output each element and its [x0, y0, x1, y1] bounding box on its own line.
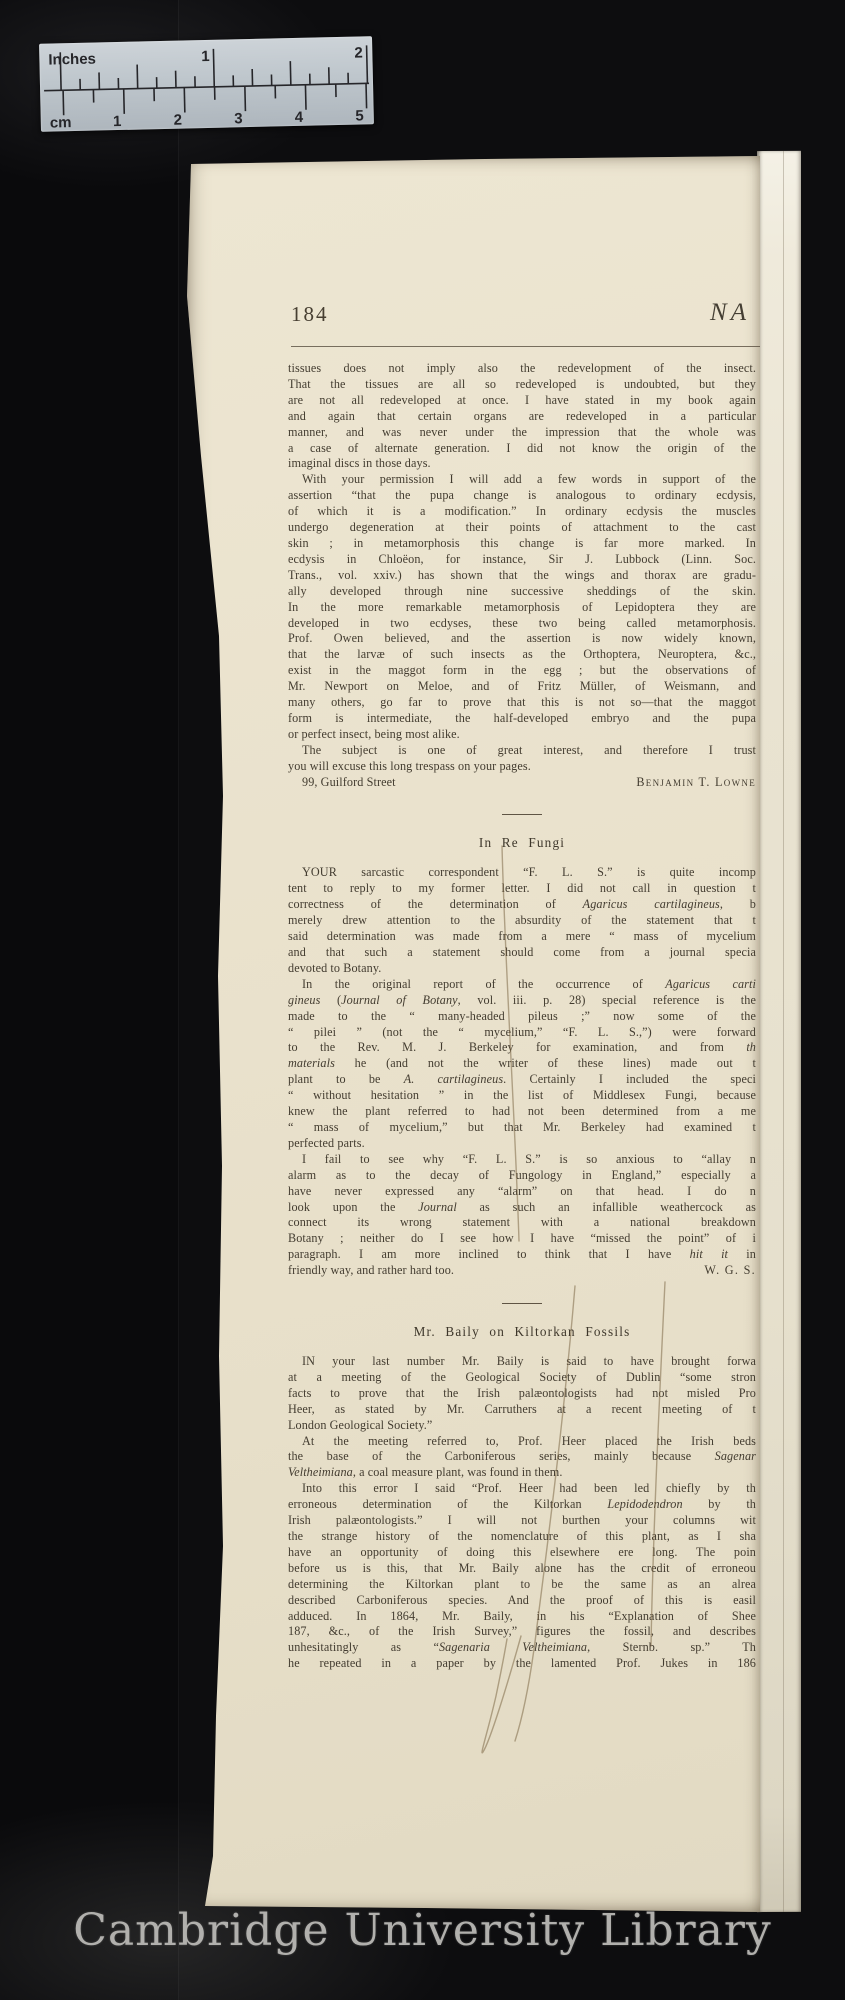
text-line: London Geological Society.” — [288, 1418, 756, 1434]
text-line: I fail to see why “F. L. S.” is so anxio… — [288, 1152, 756, 1168]
measurement-ruler: Inches12cm12345 — [39, 36, 374, 132]
scanned-page: 184 NA tissues does not imply also the r… — [185, 156, 760, 1912]
text-line: undergo degeneration at their points of … — [288, 520, 756, 536]
ruler-label: 1 — [113, 113, 122, 130]
text-line: Into this error I said “Prof. Heer had b… — [288, 1481, 756, 1497]
section-heading: In Re Fungi — [288, 833, 756, 853]
text-line: to the Rev. M. J. Berkeley for examinati… — [288, 1040, 756, 1056]
text-line: ally developed through nine successive s… — [288, 584, 756, 600]
text-line: erroneous determination of the Kiltorkan… — [288, 1497, 756, 1513]
text-line: many others, go far to prove that this i… — [288, 695, 756, 711]
text-line: before us is this, that Mr. Baily alone … — [288, 1561, 756, 1577]
text-line: Veltheimiana, a coal measure plant, was … — [288, 1465, 756, 1481]
fore-edge-crease — [783, 151, 784, 1912]
text-line: adduced. In 1864, Mr. Baily, in his “Exp… — [288, 1609, 756, 1625]
text-line: In the more remarkable metamorphosis of … — [288, 600, 756, 616]
text-line: In the original report of the occurrence… — [288, 977, 756, 993]
ruler-label: cm — [50, 114, 72, 131]
ruler-label: 2 — [173, 112, 182, 129]
text-line: he repeated in a paper by the lamented P… — [288, 1656, 756, 1672]
text-line: connect its wrong statement with a natio… — [288, 1215, 756, 1231]
text-line: Prof. Owen believed, and the assertion i… — [288, 631, 756, 647]
text-line: knew the plant referred to had not been … — [288, 1104, 756, 1120]
text-line: That the tissues are all so redeveloped … — [288, 377, 756, 393]
text-line: YOUR sarcastic correspondent “F. L. S.” … — [288, 865, 756, 881]
ruler-label: 1 — [201, 48, 210, 65]
text-line: “ without hesitation ” in the list of Mi… — [288, 1088, 756, 1104]
text-line: Mr. Newport on Meloe, and of Fritz Mülle… — [288, 679, 756, 695]
text-line: the base of the Carboniferous series, ma… — [288, 1449, 756, 1465]
ruler-scale-icon: Inches12cm12345 — [39, 36, 374, 132]
text-line: have an opportunity of doing this elsewh… — [288, 1545, 756, 1561]
text-line: determining the Kiltorkan plant to be th… — [288, 1577, 756, 1593]
text-line: Botany ; neither do I see how I have “mi… — [288, 1231, 756, 1247]
text-line: 187, &c., of the Irish Survey,” figures … — [288, 1624, 756, 1640]
signature-line: 99, Guilford StreetBenjamin T. Lowne — [288, 775, 756, 791]
text-line: developed in two ecdyses, these two bein… — [288, 616, 756, 632]
text-line: Irish palæontologists.” I will not burth… — [288, 1513, 756, 1529]
text-line: plant to be A. cartilagineus. Certainly … — [288, 1072, 756, 1088]
text-line: IN your last number Mr. Baily is said to… — [288, 1354, 756, 1370]
text-line: ecdysis in Chloëon, for instance, Sir J.… — [288, 552, 756, 568]
page-number: 184 — [291, 302, 329, 327]
ruler-label: 2 — [354, 44, 363, 61]
text-line: said determination was made from a mere … — [288, 929, 756, 945]
header-rule — [291, 346, 760, 347]
text-line: perfected parts. — [288, 1136, 756, 1152]
ruler-label: 3 — [234, 110, 243, 127]
text-line: the strange history of the nomenclature … — [288, 1529, 756, 1545]
text-line: friendly way, and rather hard too.W. G. … — [288, 1263, 756, 1279]
text-line: that the larvæ of such insects as the Or… — [288, 647, 756, 663]
text-line: described Carboniferous species. And the… — [288, 1593, 756, 1609]
text-line: materials he (and not the writer of thes… — [288, 1056, 756, 1072]
text-line: made to the “ many-headed pileus ;” now … — [288, 1009, 756, 1025]
photo-backdrop: Inches12cm12345 184 NA tissues does not … — [0, 0, 845, 2000]
text-line: have never expressed any “alarm” on that… — [288, 1184, 756, 1200]
text-column: tissues does not imply also the redevelo… — [288, 361, 756, 1672]
text-line: tent to reply to my former letter. I did… — [288, 881, 756, 897]
signature-initials: W. G. S. — [704, 1263, 756, 1279]
text-line: look upon the Journal as such an infalli… — [288, 1200, 756, 1216]
signature-address: 99, Guilford Street — [302, 775, 396, 791]
text-line: facts to prove that the Irish palæontolo… — [288, 1386, 756, 1402]
text-line: and that such a statement should come fr… — [288, 945, 756, 961]
text-line: alarm as to the decay of Fungology in En… — [288, 1168, 756, 1184]
text-line: devoted to Botany. — [288, 961, 756, 977]
text-line: Heer, as stated by Mr. Carruthers at a r… — [288, 1402, 756, 1418]
section-divider — [502, 814, 542, 815]
text-line: form is intermediate, the half-developed… — [288, 711, 756, 727]
text-line: correctness of the determination of Agar… — [288, 897, 756, 913]
text-line: tissues does not imply also the redevelo… — [288, 361, 756, 377]
text-line: “ pilei ” (not the “ mycelium,” “F. L. S… — [288, 1025, 756, 1041]
text-line: a case of alternate generation. I did no… — [288, 441, 756, 457]
text-line: of which it is a modification.” In ordin… — [288, 504, 756, 520]
signature-name: Benjamin T. Lowne — [636, 775, 756, 791]
text-line: you will excuse this long trespass on yo… — [288, 759, 756, 775]
text-line: and again that certain organs are redeve… — [288, 409, 756, 425]
text-line: Trans., vol. xxiv.) has shown that the w… — [288, 568, 756, 584]
text-line: unhesitatingly as “Sagenaria Veltheimian… — [288, 1640, 756, 1656]
page-header: 184 NA — [291, 299, 750, 327]
text-line: at a meeting of the Geological Society o… — [288, 1370, 756, 1386]
text-line: are not all redeveloped at once. I have … — [288, 393, 756, 409]
section-heading: Mr. Baily on Kiltorkan Fossils — [288, 1322, 756, 1342]
ruler-label: 4 — [295, 109, 304, 126]
text-line: At the meeting referred to, Prof. Heer p… — [288, 1434, 756, 1450]
text-line: The subject is one of great interest, an… — [288, 743, 756, 759]
text-line: With your permission I will add a few wo… — [288, 472, 756, 488]
text-line: skin ; in metamorphosis this change is f… — [288, 536, 756, 552]
section-divider — [502, 1303, 542, 1304]
text-line: “ mass of mycelium,” but that Mr. Berkel… — [288, 1120, 756, 1136]
text-line: assertion “that the pupa change is analo… — [288, 488, 756, 504]
text-line: imaginal discs in those days. — [288, 456, 756, 472]
journal-title-fragment: NA — [710, 299, 750, 327]
text-line: gineus (Journal of Botany, vol. iii. p. … — [288, 993, 756, 1009]
book-fore-edge — [757, 151, 801, 1912]
text-line: manner, and was never under the impressi… — [288, 425, 756, 441]
text-line: merely drew attention to the absurdity o… — [288, 913, 756, 929]
ruler-label: Inches — [48, 51, 96, 69]
text-line: exist in the maggot form in the egg ; bu… — [288, 663, 756, 679]
library-watermark: Cambridge University Library — [0, 1905, 845, 1956]
backdrop-seam — [178, 0, 179, 2000]
text-line: or perfect insect, being most alike. — [288, 727, 756, 743]
ruler-label: 5 — [355, 107, 364, 124]
text-line: paragraph. I am more inclined to think t… — [288, 1247, 756, 1263]
